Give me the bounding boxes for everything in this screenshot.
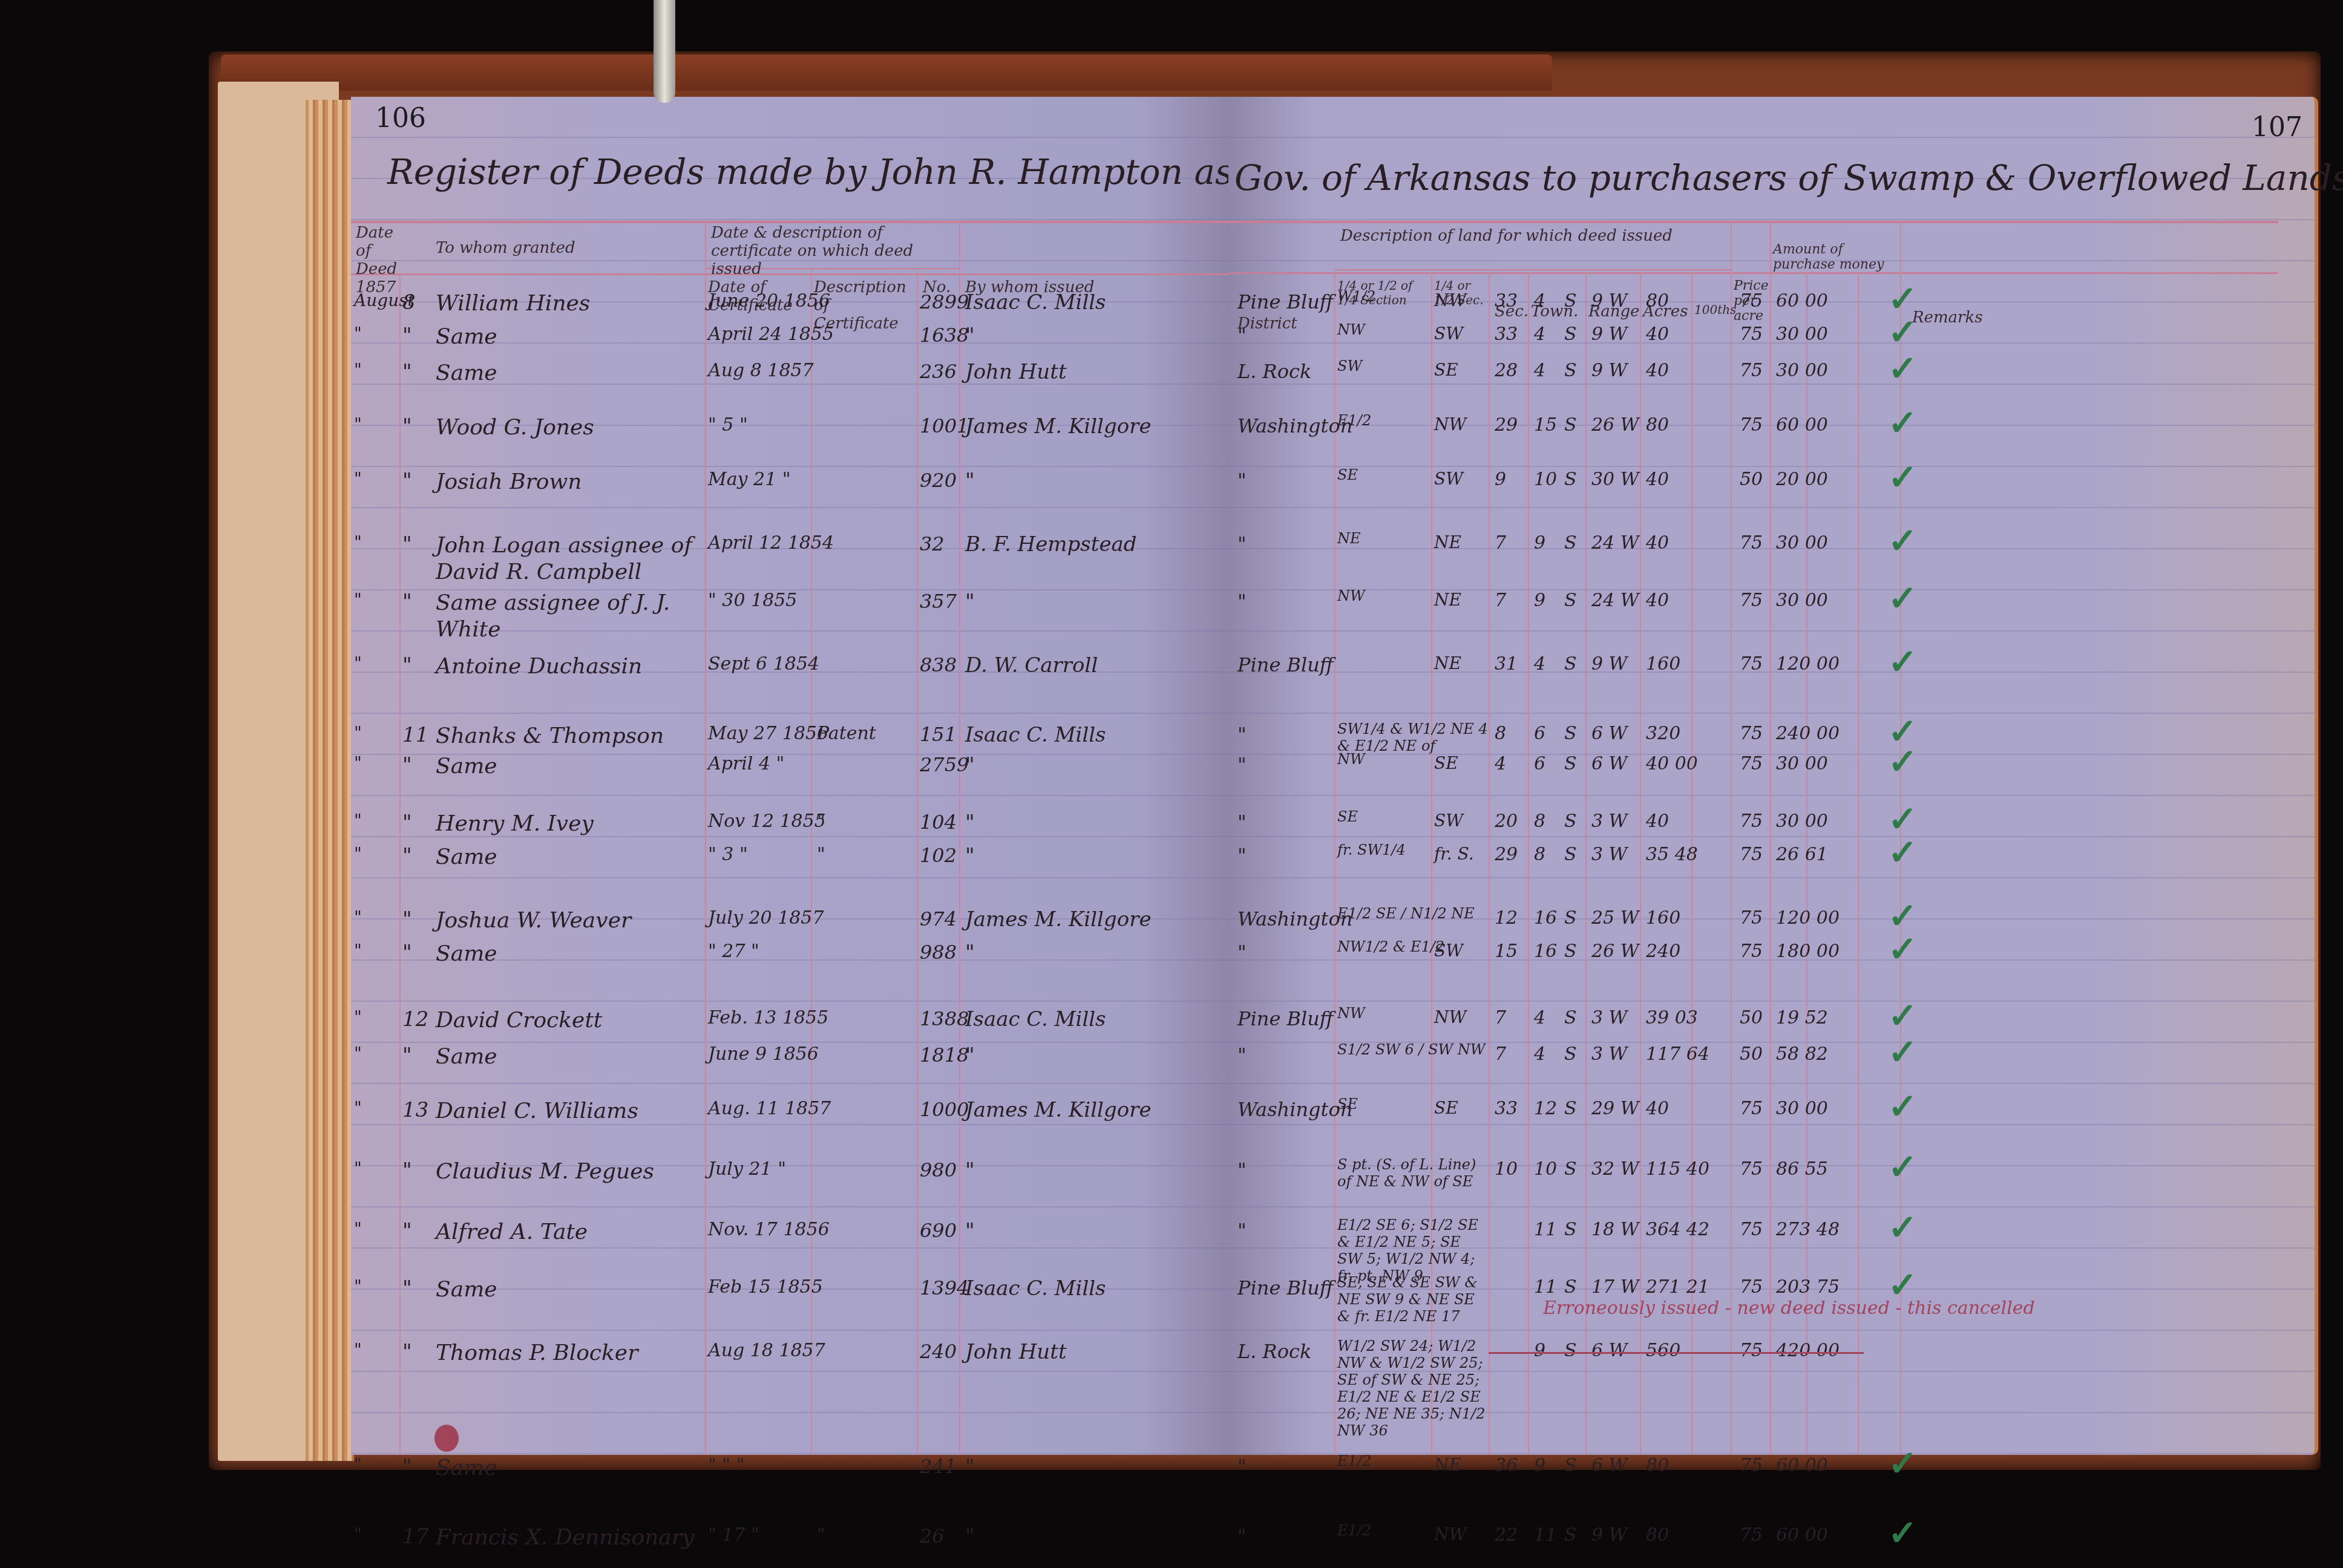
issued-by: Isaac C. Mills xyxy=(965,1276,1106,1301)
price-per-acre: 75 xyxy=(1740,907,1763,929)
purchase-amount: 30 00 xyxy=(1776,753,1828,774)
land-range: 26 W xyxy=(1591,941,1639,962)
purchase-amount: 60 00 xyxy=(1776,414,1828,436)
land-section: 8 xyxy=(1495,723,1506,744)
grantee-name: Shanks & Thompson xyxy=(436,723,664,750)
land-township: 4 xyxy=(1534,290,1545,312)
deed-day: " xyxy=(402,811,412,835)
deed-month: " xyxy=(354,907,362,927)
land-township-dir: S xyxy=(1564,941,1577,962)
certificate-date: Aug 18 1857 xyxy=(708,1340,825,1361)
purchase-amount: 30 00 xyxy=(1776,324,1828,345)
purchase-amount: 120 00 xyxy=(1776,653,1840,675)
land-township: 8 xyxy=(1534,844,1545,865)
land-acres: 80 xyxy=(1646,290,1669,312)
issued-by: " xyxy=(965,590,975,614)
price-per-acre: 75 xyxy=(1740,1219,1763,1240)
grantee-name: Same xyxy=(436,324,497,350)
issued-by: " xyxy=(965,1219,975,1243)
land-quarter-quarter: NE xyxy=(1434,653,1461,673)
grantee-name: William Hines xyxy=(436,290,590,317)
issued-by: " xyxy=(965,753,975,777)
land-quarter: E1/2 xyxy=(1337,1522,1371,1539)
certificate-number: 240 xyxy=(920,1340,957,1363)
deed-month: " xyxy=(354,653,362,673)
issued-by: " xyxy=(965,844,975,868)
price-per-acre: 75 xyxy=(1740,1524,1763,1546)
certificate-number: 2899 xyxy=(920,290,969,313)
land-quarter-quarter: NE xyxy=(1434,1455,1461,1475)
land-range: 24 W xyxy=(1591,590,1639,611)
land-quarter-quarter: SE xyxy=(1434,1098,1458,1118)
land-quarter: S1/2 SW 6 / SW NW xyxy=(1337,1041,1485,1058)
column-divider xyxy=(959,221,960,1455)
land-quarter-quarter: NE xyxy=(1434,532,1461,552)
land-quarter-quarter: SW xyxy=(1434,324,1463,344)
land-acres: 80 xyxy=(1646,1524,1669,1546)
land-township: 8 xyxy=(1534,811,1545,832)
land-quarter-quarter: NW xyxy=(1434,290,1466,310)
land-township: 4 xyxy=(1534,653,1545,675)
issued-by: " xyxy=(965,1455,975,1479)
deed-day: " xyxy=(402,469,412,493)
grantee-name: Joshua W. Weaver xyxy=(436,907,631,934)
land-acres: 115 40 xyxy=(1646,1158,1709,1180)
header-date-of-deed: Date of Deed 1857 xyxy=(356,224,404,296)
grantee-name: Claudius M. Pegues xyxy=(436,1158,654,1185)
issued-by: John Hutt xyxy=(965,360,1067,384)
land-district: L. Rock xyxy=(1237,360,1311,383)
land-township-dir: S xyxy=(1564,324,1577,345)
deed-day: " xyxy=(402,1455,412,1479)
grantee-name: Same xyxy=(436,360,497,387)
land-township-dir: S xyxy=(1564,1158,1577,1180)
certificate-number: 920 xyxy=(920,469,957,492)
checkmark-icon: ✓ xyxy=(1888,995,1918,1036)
deed-day: 17 xyxy=(402,1524,428,1549)
deed-month: " xyxy=(354,1340,362,1360)
deed-day: " xyxy=(402,324,412,348)
land-township: 12 xyxy=(1534,1098,1557,1119)
column-divider xyxy=(1489,272,1490,1455)
issued-by: James M. Killgore xyxy=(965,414,1152,439)
land-district: " xyxy=(1237,941,1247,964)
grantee-name: Alfred A. Tate xyxy=(436,1219,588,1246)
checkmark-icon: ✓ xyxy=(1888,348,1918,389)
land-range: 3 W xyxy=(1591,1007,1627,1028)
land-township-dir: S xyxy=(1564,907,1577,929)
land-quarter: NE xyxy=(1337,530,1361,547)
land-quarter-quarter: SW xyxy=(1434,469,1463,489)
certificate-date: Sept 6 1854 xyxy=(708,653,819,675)
checkmark-icon: ✓ xyxy=(1888,312,1918,353)
land-acres: 320 xyxy=(1646,723,1680,744)
certificate-date: Feb. 13 1855 xyxy=(708,1007,828,1028)
certificate-date: April 24 1855 xyxy=(708,324,834,345)
register-title-right: Gov. of Arkansas to purchasers of Swamp … xyxy=(1234,157,2343,198)
land-range: 18 W xyxy=(1591,1219,1639,1240)
deed-month: " xyxy=(354,1276,362,1296)
price-per-acre: 75 xyxy=(1740,844,1763,865)
land-township-dir: S xyxy=(1564,753,1577,774)
land-range: 6 W xyxy=(1591,753,1627,774)
price-per-acre: 75 xyxy=(1740,1340,1763,1361)
issued-by: " xyxy=(965,324,975,348)
land-township: 11 xyxy=(1534,1219,1557,1240)
land-township: 9 xyxy=(1534,590,1545,611)
land-quarter: SE, SE & SE SW & NE SW 9 & NE SE & fr. E… xyxy=(1337,1274,1489,1325)
land-township: 16 xyxy=(1534,907,1557,929)
certificate-date: May 21 " xyxy=(708,469,791,490)
deed-month: " xyxy=(354,324,362,344)
checkmark-icon: ✓ xyxy=(1888,641,1918,682)
checkmark-icon: ✓ xyxy=(1888,1207,1918,1248)
deed-month: " xyxy=(354,414,362,434)
certificate-date: Nov. 17 1856 xyxy=(708,1219,830,1240)
land-range: 24 W xyxy=(1591,532,1639,554)
column-divider xyxy=(399,273,401,1455)
land-township-dir: S xyxy=(1564,469,1577,490)
certificate-number: 1818 xyxy=(920,1044,969,1067)
purchase-amount: 240 00 xyxy=(1776,723,1840,744)
price-per-acre: 50 xyxy=(1740,469,1763,490)
certificate-number: 151 xyxy=(920,723,957,746)
land-township: 9 xyxy=(1534,1455,1545,1476)
page-number-left: 106 xyxy=(375,103,426,134)
deed-day: " xyxy=(402,844,412,868)
land-range: 3 W xyxy=(1591,811,1627,832)
column-divider xyxy=(1858,272,1859,1455)
purchase-amount: 120 00 xyxy=(1776,907,1840,929)
land-township: 4 xyxy=(1534,1044,1545,1065)
deed-month: " xyxy=(354,360,362,380)
land-section: 28 xyxy=(1495,360,1518,381)
deed-month: " xyxy=(354,1219,362,1239)
land-section: 31 xyxy=(1495,653,1518,675)
certificate-number: 980 xyxy=(920,1158,957,1181)
cancellation-remark: Erroneously issued - new deed issued - t… xyxy=(1543,1298,2035,1319)
land-township-dir: S xyxy=(1564,811,1577,832)
land-range: 6 W xyxy=(1591,1340,1627,1361)
issued-by: Isaac C. Mills xyxy=(965,290,1106,315)
land-range: 26 W xyxy=(1591,414,1639,436)
certificate-date: April 12 1854 xyxy=(708,532,834,554)
certificate-description: " xyxy=(817,1524,825,1546)
deed-day: 13 xyxy=(402,1098,428,1122)
grantee-name: Henry M. Ivey xyxy=(436,811,594,837)
land-district: " xyxy=(1237,1524,1247,1547)
land-township-dir: S xyxy=(1564,1276,1577,1298)
grantee-name: John Logan assignee of David R. Campbell xyxy=(436,532,702,586)
register-title-left: Register of Deeds made by John R. Hampto… xyxy=(387,151,1355,192)
land-range: 9 W xyxy=(1591,1524,1627,1546)
issued-by: " xyxy=(965,1524,975,1549)
land-range: 9 W xyxy=(1591,653,1627,675)
price-per-acre: 75 xyxy=(1740,290,1763,312)
land-section: 9 xyxy=(1495,469,1506,490)
land-township: 9 xyxy=(1534,532,1545,554)
certificate-number: 241 xyxy=(920,1455,957,1478)
certificate-number: 1000 xyxy=(920,1098,969,1121)
land-section: 12 xyxy=(1495,907,1518,929)
header-district: District xyxy=(1237,315,1297,333)
header-rule-bottom xyxy=(1228,272,2278,274)
certificate-date: July 20 1857 xyxy=(708,907,824,929)
land-range: 9 W xyxy=(1591,290,1627,312)
deed-month: " xyxy=(354,1455,362,1475)
land-quarter: NW xyxy=(1337,587,1365,604)
land-section: 36 xyxy=(1495,1455,1518,1476)
land-township-dir: S xyxy=(1564,1044,1577,1065)
land-range: 30 W xyxy=(1591,469,1639,490)
column-divider xyxy=(1731,221,1732,1455)
deed-day: " xyxy=(402,1340,412,1364)
issued-by: B. F. Hempstead xyxy=(965,532,1137,557)
checkmark-icon: ✓ xyxy=(1888,1086,1918,1127)
certificate-date: " 27 " xyxy=(708,941,759,962)
certificate-date: May 27 1856 xyxy=(708,723,828,744)
land-district: L. Rock xyxy=(1237,1340,1311,1363)
land-district: Washington xyxy=(1237,907,1352,930)
certificate-date: Aug. 11 1857 xyxy=(708,1098,831,1119)
column-divider xyxy=(1585,272,1587,1455)
purchase-amount: 30 00 xyxy=(1776,1098,1828,1119)
land-quarter-quarter: fr. S. xyxy=(1434,844,1474,864)
land-quarter: NW xyxy=(1337,751,1365,768)
land-acres: 40 xyxy=(1646,1098,1669,1119)
purchase-amount: 60 00 xyxy=(1776,1524,1828,1546)
land-section: 15 xyxy=(1495,941,1518,962)
grantee-name: Antoine Duchassin xyxy=(436,653,642,680)
land-section: 33 xyxy=(1495,290,1518,312)
land-township-dir: S xyxy=(1564,1007,1577,1028)
page-edges xyxy=(306,100,354,1461)
land-quarter: E1/2 xyxy=(1337,412,1371,429)
land-quarter-quarter: SW xyxy=(1434,941,1463,961)
certificate-description: " xyxy=(817,844,825,865)
deed-month: " xyxy=(354,590,362,610)
purchase-amount: 20 00 xyxy=(1776,469,1828,490)
price-per-acre: 75 xyxy=(1740,653,1763,675)
issued-by: James M. Killgore xyxy=(965,907,1152,932)
deed-day: " xyxy=(402,907,412,932)
header-to-whom-granted: To whom granted xyxy=(436,239,575,257)
land-district: " xyxy=(1237,1044,1247,1067)
land-township: 15 xyxy=(1534,414,1557,436)
header-parts: 100ths xyxy=(1694,302,1736,317)
land-quarter: fr. SW1/4 xyxy=(1337,841,1406,858)
certificate-description: Patent xyxy=(817,723,876,744)
land-acres: 40 xyxy=(1646,469,1669,490)
purchase-amount: 26 61 xyxy=(1776,844,1828,865)
land-acres: 35 48 xyxy=(1646,844,1698,865)
land-range: 29 W xyxy=(1591,1098,1639,1119)
deed-day: " xyxy=(402,532,412,557)
price-per-acre: 75 xyxy=(1740,1455,1763,1476)
land-quarter: W1/2 SW 24; W1/2 NW & W1/2 SW 25; SE of … xyxy=(1337,1338,1489,1439)
price-per-acre: 75 xyxy=(1740,1158,1763,1180)
land-district: " xyxy=(1237,811,1247,834)
grantee-name: David Crockett xyxy=(436,1007,602,1034)
price-per-acre: 75 xyxy=(1740,1098,1763,1119)
left-page: 106 Register of Deeds made by John R. Ha… xyxy=(351,97,1228,1455)
price-per-acre: 75 xyxy=(1740,324,1763,345)
deed-day: " xyxy=(402,1276,412,1301)
land-quarter-quarter: SE xyxy=(1434,360,1458,380)
grantee-name: Same xyxy=(436,1044,497,1070)
certificate-number: 1388 xyxy=(920,1007,969,1030)
certificate-number: 236 xyxy=(920,360,957,383)
land-quarter: S pt. (S. of L. Line) of NE & NW of SE xyxy=(1337,1156,1489,1190)
land-acres: 40 xyxy=(1646,360,1669,381)
price-per-acre: 75 xyxy=(1740,941,1763,962)
grantee-name: Same xyxy=(436,753,497,780)
metal-bookmark xyxy=(654,0,675,103)
land-quarter: SE xyxy=(1337,808,1358,825)
land-section: 33 xyxy=(1495,1098,1518,1119)
header-rule-top xyxy=(1228,221,2278,223)
land-township: 6 xyxy=(1534,753,1545,774)
land-quarter: SE xyxy=(1337,1096,1358,1112)
price-per-acre: 75 xyxy=(1740,532,1763,554)
land-quarter: NW xyxy=(1337,1005,1365,1022)
checkmark-icon: ✓ xyxy=(1888,402,1918,443)
land-township: 4 xyxy=(1534,1007,1545,1028)
deed-day: " xyxy=(402,1158,412,1183)
land-township: 16 xyxy=(1534,941,1557,962)
checkmark-icon: ✓ xyxy=(1888,578,1918,619)
certificate-number: 974 xyxy=(920,907,957,930)
land-township-dir: S xyxy=(1564,1340,1577,1361)
grantee-name: Same xyxy=(436,1455,497,1481)
deed-month: " xyxy=(354,1044,362,1063)
land-township-dir: S xyxy=(1564,653,1577,675)
grantee-name: Same xyxy=(436,844,497,871)
land-acres: 271 21 xyxy=(1646,1276,1709,1298)
issued-by: " xyxy=(965,469,975,493)
certificate-date: " 3 " xyxy=(708,844,748,865)
land-township: 9 xyxy=(1534,1340,1545,1361)
certificate-date: Nov 12 1855 xyxy=(708,811,826,832)
deed-day: " xyxy=(402,1044,412,1068)
land-township-dir: S xyxy=(1564,1455,1577,1476)
certificate-date: " 17 " xyxy=(708,1524,759,1546)
purchase-amount: 58 82 xyxy=(1776,1044,1828,1065)
land-township-dir: S xyxy=(1564,414,1577,436)
certificate-number: 1394 xyxy=(920,1276,969,1299)
deed-day: 12 xyxy=(402,1007,428,1031)
purchase-amount: 30 00 xyxy=(1776,532,1828,554)
header-remarks: Remarks xyxy=(1912,309,1983,327)
certificate-date: " 5 " xyxy=(708,414,748,436)
land-section: 29 xyxy=(1495,844,1518,865)
land-district: Washington xyxy=(1237,414,1352,437)
land-quarter-quarter: SE xyxy=(1434,753,1458,773)
book-spine-top xyxy=(221,54,1552,91)
certificate-number: 102 xyxy=(920,844,957,867)
land-acres: 80 xyxy=(1646,414,1669,436)
price-per-acre: 75 xyxy=(1740,414,1763,436)
land-district: " xyxy=(1237,590,1247,613)
issued-by: John Hutt xyxy=(965,1340,1067,1364)
deed-day: " xyxy=(402,753,412,777)
checkmark-icon: ✓ xyxy=(1888,832,1918,873)
land-district: " xyxy=(1237,1455,1247,1478)
price-per-acre: 75 xyxy=(1740,723,1763,744)
deed-month: " xyxy=(354,753,362,773)
deed-day: " xyxy=(402,590,412,614)
purchase-amount: 60 00 xyxy=(1776,290,1828,312)
land-township-dir: S xyxy=(1564,1524,1577,1546)
land-township: 6 xyxy=(1534,723,1545,744)
land-acres: 560 xyxy=(1646,1340,1680,1361)
certificate-number: 1638 xyxy=(920,324,969,347)
land-acres: 40 xyxy=(1646,590,1669,611)
land-quarter-quarter: NW xyxy=(1434,1007,1466,1027)
checkmark-icon: ✓ xyxy=(1888,1146,1918,1187)
checkmark-icon: ✓ xyxy=(1888,1031,1918,1073)
purchase-amount: 60 00 xyxy=(1776,1455,1828,1476)
deed-day: " xyxy=(402,414,412,439)
certificate-date: April 4 " xyxy=(708,753,784,774)
land-range: 25 W xyxy=(1591,907,1639,929)
certificate-number: 988 xyxy=(920,941,957,964)
checkmark-icon: ✓ xyxy=(1888,457,1918,498)
land-acres: 240 xyxy=(1646,941,1680,962)
purchase-amount: 30 00 xyxy=(1776,360,1828,381)
land-township-dir: S xyxy=(1564,723,1577,744)
land-district: Pine Bluff xyxy=(1237,1007,1334,1030)
checkmark-icon: ✓ xyxy=(1888,929,1918,970)
land-range: 6 W xyxy=(1591,723,1627,744)
deed-month: " xyxy=(354,1007,362,1027)
price-per-acre: 50 xyxy=(1740,1044,1763,1065)
land-district: " xyxy=(1237,753,1247,776)
land-quarter: SW1/4 & W1/2 NE 4 & E1/2 NE of xyxy=(1337,720,1489,754)
deed-month: " xyxy=(354,811,362,831)
deed-day: " xyxy=(402,1219,412,1243)
land-district: " xyxy=(1237,723,1247,746)
deed-day: " xyxy=(402,360,412,384)
land-group-rule xyxy=(1334,269,1731,270)
land-acres: 117 64 xyxy=(1646,1044,1709,1065)
certificate-date: June 20 1856 xyxy=(708,290,830,312)
grantee-name: Daniel C. Williams xyxy=(436,1098,638,1125)
land-township: 11 xyxy=(1534,1276,1557,1298)
land-township: 11 xyxy=(1534,1524,1557,1546)
land-range: 9 W xyxy=(1591,360,1627,381)
header-cert-group: Date & description of certificate on whi… xyxy=(711,224,953,278)
land-acres: 160 xyxy=(1646,907,1680,929)
deed-day: " xyxy=(402,941,412,965)
land-quarter: E1/2 xyxy=(1337,1452,1371,1469)
deed-month: " xyxy=(354,1524,362,1544)
land-quarter-quarter: NE xyxy=(1434,590,1461,610)
land-section: 22 xyxy=(1495,1524,1518,1546)
land-quarter-quarter: NW xyxy=(1434,414,1466,434)
deed-month: " xyxy=(354,1098,362,1118)
land-acres: 40 xyxy=(1646,324,1669,345)
checkmark-icon: ✓ xyxy=(1888,1512,1918,1553)
certificate-number: 838 xyxy=(920,653,957,676)
land-section: 7 xyxy=(1495,1044,1506,1065)
land-quarter: SW xyxy=(1337,358,1362,374)
certificate-number: 2759 xyxy=(920,753,969,776)
land-section: 7 xyxy=(1495,532,1506,554)
purchase-amount: 30 00 xyxy=(1776,590,1828,611)
certificate-number: 690 xyxy=(920,1219,957,1242)
checkmark-icon: ✓ xyxy=(1888,520,1918,561)
